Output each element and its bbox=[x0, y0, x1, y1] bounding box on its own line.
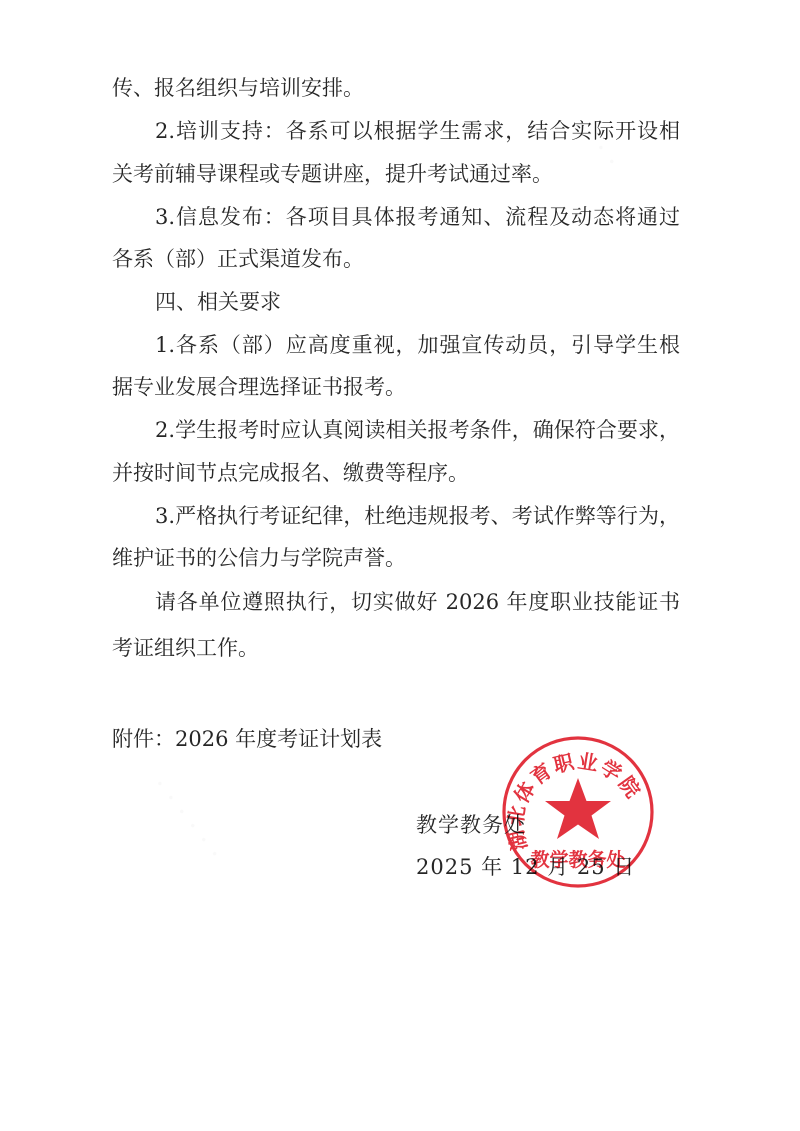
paragraph-line: 传、报名组织与培训安排。 bbox=[112, 73, 364, 103]
paragraph-line: 3.严格执行考证纪律，杜绝违规报考、考试作弊等行为， bbox=[155, 501, 680, 531]
star-icon bbox=[545, 778, 611, 839]
paragraph-line: 并按时间节点完成报名、缴费等程序。 bbox=[112, 458, 469, 488]
paragraph-line: 四、相关要求 bbox=[155, 287, 281, 317]
paragraph-line: 据专业发展合理选择证书报考。 bbox=[112, 372, 406, 402]
document-page: 传、报名组织与培训安排。2.培训支持：各系可以根据学生需求，结合实际开设相关考前… bbox=[0, 0, 800, 1131]
paragraph-line: 关考前辅导课程或专题讲座，提升考试通过率。 bbox=[112, 159, 553, 189]
paragraph-line: 2.学生报考时应认真阅读相关报考条件，确保符合要求， bbox=[155, 415, 680, 445]
attachment-reference: 附件：2026 年度考证计划表 bbox=[112, 724, 382, 754]
paragraph-line: 请各单位遵照执行，切实做好 2026 年度职业技能证书 bbox=[155, 587, 680, 617]
paragraph-line: 1.各系（部）应高度重视，加强宣传动员，引导学生根 bbox=[155, 330, 680, 360]
paragraph-line: 维护证书的公信力与学院声誉。 bbox=[112, 543, 406, 573]
signature-office: 教学教务处 bbox=[416, 810, 526, 840]
paragraph-line: 考证组织工作。 bbox=[112, 633, 259, 663]
faint-watermark: · · · · · · bbox=[144, 770, 230, 867]
paragraph-line: 2.培训支持：各系可以根据学生需求，结合实际开设相 bbox=[155, 116, 680, 146]
paragraph-line: 3.信息发布：各项目具体报考通知、流程及动态将通过 bbox=[155, 202, 680, 232]
signature-date: 2025 年 12 月 25 日 bbox=[416, 852, 635, 882]
paragraph-line: 各系（部）正式渠道发布。 bbox=[112, 244, 364, 274]
